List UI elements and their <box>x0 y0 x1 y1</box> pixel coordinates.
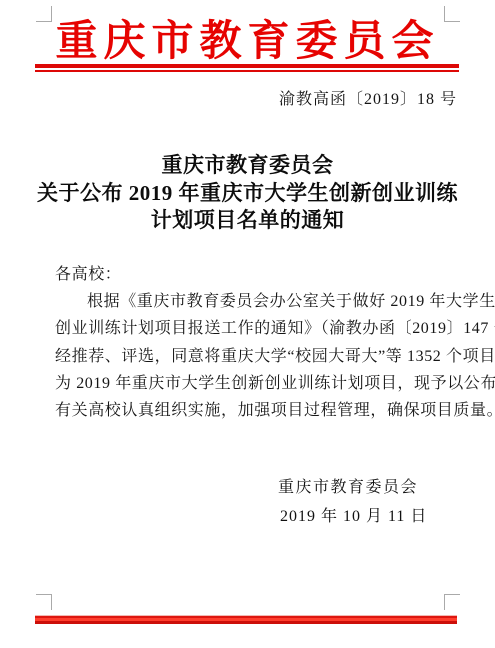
document-number: 渝教高函〔2019〕18 号 <box>279 86 457 109</box>
document-body: 各高校： 根据《重庆市教育委员会办公室关于做好 2019 年大学生创新 创业训练… <box>55 261 457 424</box>
document-title-line-1: 重庆市教育委员会 <box>0 152 495 180</box>
body-line-3: 经推荐、评选，同意将重庆大学“校园大哥大”等 1352 个项目列 <box>55 343 457 370</box>
document-title-line-2: 关于公布 2019 年重庆市大学生创新创业训练 <box>0 180 495 208</box>
letterhead-agency-name: 重庆市教育委员会 <box>0 8 495 68</box>
footer-red-bar <box>35 615 457 624</box>
body-line-2: 创业训练计划项目报送工作的通知》（渝教办函〔2019〕147 号）， <box>55 315 457 342</box>
letterhead-double-rule <box>35 64 459 72</box>
signature-date: 2019 年 10 月 11 日 <box>280 503 427 526</box>
rule-thin-line <box>35 70 459 72</box>
body-line-4: 为 2019 年重庆市大学生创新创业训练计划项目，现予以公布。请 <box>55 370 457 397</box>
crop-mark-bottom-right <box>444 594 460 610</box>
document-title: 重庆市教育委员会 关于公布 2019 年重庆市大学生创新创业训练 计划项目名单的… <box>0 152 495 235</box>
crop-mark-bottom-left <box>36 594 52 610</box>
signature-organization: 重庆市教育委员会 <box>278 474 418 497</box>
official-document-page: 重庆市教育委员会 渝教高函〔2019〕18 号 重庆市教育委员会 关于公布 20… <box>0 0 495 648</box>
body-line-5: 有关高校认真组织实施，加强项目过程管理，确保项目质量。 <box>55 397 457 424</box>
document-title-line-3: 计划项目名单的通知 <box>0 207 495 235</box>
salutation: 各高校： <box>55 261 457 288</box>
body-line-1: 根据《重庆市教育委员会办公室关于做好 2019 年大学生创新 <box>55 288 457 315</box>
